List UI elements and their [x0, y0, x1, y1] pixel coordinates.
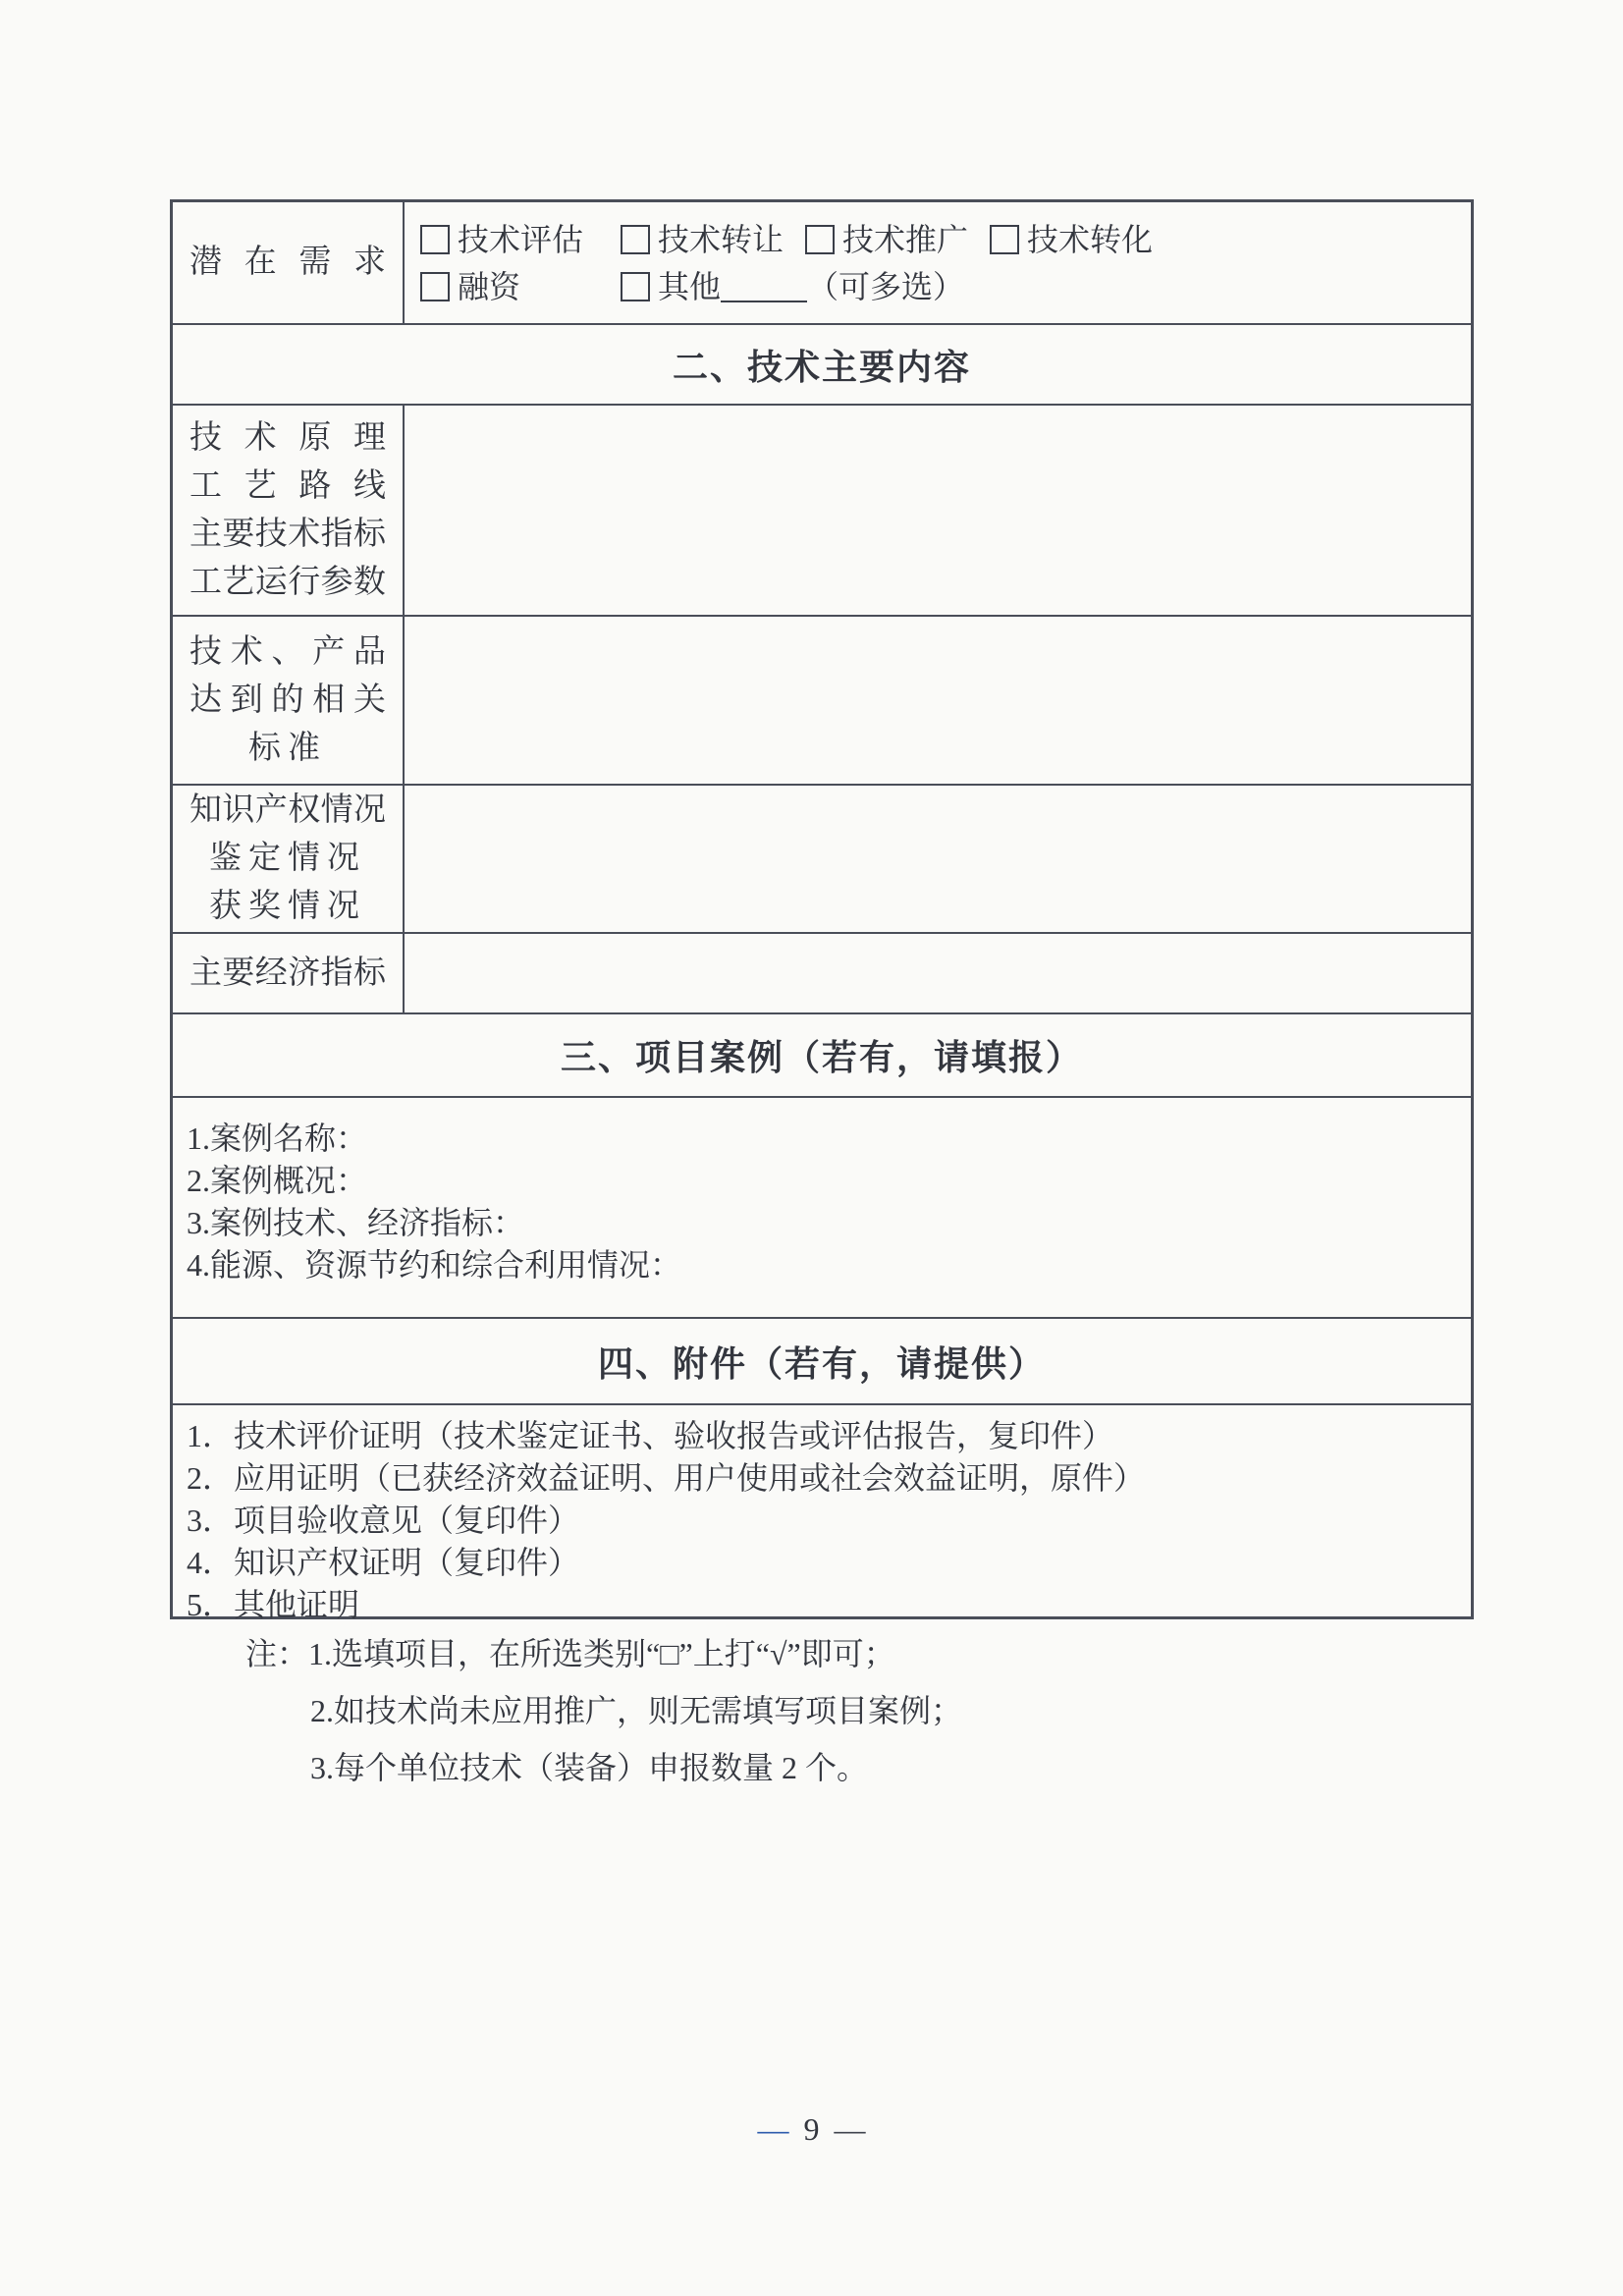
note-line-2: 2.如技术尚未应用推广，则无需填写项目案例； — [310, 1689, 962, 1732]
row-label-standards: 技术、产品 达到的相关 标准 — [173, 617, 405, 784]
checkbox-option-tech-promotion[interactable]: 技术推广 — [805, 217, 968, 262]
row-label-text: 鉴定情况 — [189, 835, 386, 883]
checkbox-label: 技术评估 — [458, 217, 583, 262]
other-option-blank[interactable] — [721, 271, 807, 302]
checkbox-row-1: 技术评估 技术转让 技术推广 技术转化 — [420, 217, 1471, 262]
row-label-text: 技术原理 — [189, 414, 386, 463]
section-3-header: 三、项目案例（若有，请填报） — [173, 1014, 1471, 1098]
multi-select-hint: （可多选） — [807, 264, 964, 309]
ip-appraisal-awards-fill-area[interactable] — [405, 786, 1471, 932]
row-label-text: 工艺运行参数 — [189, 559, 386, 607]
case-item: 2.案例概况： — [187, 1160, 1453, 1202]
attachment-item: 2．应用证明（已获经济效益证明、用户使用或社会效益证明，原件） — [187, 1457, 1453, 1500]
row-label-potential-demand: 潜在需求 — [173, 202, 405, 323]
row-label-text: 达到的相关 — [189, 677, 386, 725]
tech-principle-row: 技术原理 工艺路线 主要技术指标 工艺运行参数 — [173, 406, 1471, 617]
row-label-text: 技术、产品 — [189, 629, 386, 677]
checkbox-label: 技术转化 — [1027, 217, 1153, 262]
project-case-cell[interactable]: 1.案例名称： 2.案例概况： 3.案例技术、经济指标： 4.能源、资源节约和综… — [173, 1098, 1471, 1319]
row-label-tech-principle: 技术原理 工艺路线 主要技术指标 工艺运行参数 — [173, 406, 405, 615]
checkbox-row-2: 融资 其他 （可多选） — [420, 264, 1471, 309]
checkbox-option-financing[interactable]: 融资 — [420, 264, 599, 309]
attachments-cell: 1．技术评价证明（技术鉴定证书、验收报告或评估报告，复印件） 2．应用证明（已获… — [173, 1405, 1471, 1626]
checkbox-option-tech-conversion[interactable]: 技术转化 — [990, 217, 1153, 262]
attachment-item: 3．项目验收意见（复印件） — [187, 1500, 1453, 1542]
row-label-text: 知识产权情况 — [189, 787, 386, 835]
row-label-text: 获奖情况 — [189, 883, 386, 931]
case-item: 1.案例名称： — [187, 1118, 1453, 1160]
application-form-table: 潜在需求 技术评估 技术转让 技术推广 — [170, 199, 1474, 1619]
attachment-item: 1．技术评价证明（技术鉴定证书、验收报告或评估报告，复印件） — [187, 1415, 1453, 1457]
checkbox-label: 技术转让 — [658, 217, 784, 262]
standards-row: 技术、产品 达到的相关 标准 — [173, 617, 1471, 786]
checkbox-square-icon — [805, 225, 835, 254]
row-label-text: 潜在需求 — [189, 239, 386, 287]
footer-dash-left: — — [743, 2111, 804, 2147]
economic-indicators-fill-area[interactable] — [405, 934, 1471, 1012]
note-line-3: 3.每个单位技术（装备）申报数量 2 个。 — [310, 1746, 962, 1789]
case-item: 4.能源、资源节约和综合利用情况： — [187, 1244, 1453, 1286]
note-prefix: 注： — [245, 1636, 308, 1671]
scanned-page: 潜在需求 技术评估 技术转让 技术推广 — [0, 0, 1623, 2296]
note-line-1: 注：1.选填项目，在所选类别“□”上打“√”即可； — [245, 1632, 962, 1675]
potential-demand-options: 技术评估 技术转让 技术推广 技术转化 — [405, 202, 1471, 323]
checkbox-square-icon — [420, 225, 450, 254]
potential-demand-row: 潜在需求 技术评估 技术转让 技术推广 — [173, 202, 1471, 325]
attachment-item: 5．其他证明 — [187, 1584, 1453, 1626]
section-2-header: 二、技术主要内容 — [173, 325, 1471, 406]
footer-dash-right: — — [820, 2111, 881, 2147]
case-item: 3.案例技术、经济指标： — [187, 1202, 1453, 1244]
section-4-header: 四、附件（若有，请提供） — [173, 1319, 1471, 1405]
checkbox-option-tech-transfer[interactable]: 技术转让 — [621, 217, 784, 262]
checkbox-square-icon — [990, 225, 1019, 254]
ip-appraisal-awards-row: 知识产权情况 鉴定情况 获奖情况 — [173, 786, 1471, 934]
page-number: 9 — [804, 2111, 820, 2147]
checkbox-option-tech-evaluation[interactable]: 技术评估 — [420, 217, 599, 262]
note-text: 1.选填项目，在所选类别“□”上打“√”即可； — [308, 1636, 895, 1671]
checkbox-label: 融资 — [458, 264, 520, 309]
checkbox-square-icon — [621, 272, 650, 301]
checkbox-label: 技术推广 — [842, 217, 968, 262]
page-footer: —9— — [0, 2111, 1623, 2148]
row-label-text: 主要经济指标 — [189, 950, 386, 998]
row-label-text: 主要技术指标 — [189, 511, 386, 559]
checkbox-option-other[interactable]: 其他 （可多选） — [621, 264, 964, 309]
economic-indicators-row: 主要经济指标 — [173, 934, 1471, 1014]
checkbox-label: 其他 — [658, 264, 721, 309]
row-label-text: 工艺路线 — [189, 463, 386, 511]
row-label-economic-indicators: 主要经济指标 — [173, 934, 405, 1012]
row-label-text: 标准 — [189, 725, 386, 773]
attachment-item: 4．知识产权证明（复印件） — [187, 1542, 1453, 1584]
tech-principle-fill-area[interactable] — [405, 406, 1471, 615]
row-label-ip-appraisal-awards: 知识产权情况 鉴定情况 获奖情况 — [173, 786, 405, 932]
form-notes: 注：1.选填项目，在所选类别“□”上打“√”即可； 2.如技术尚未应用推广，则无… — [245, 1632, 962, 1803]
checkbox-square-icon — [420, 272, 450, 301]
standards-fill-area[interactable] — [405, 617, 1471, 784]
checkbox-square-icon — [621, 225, 650, 254]
